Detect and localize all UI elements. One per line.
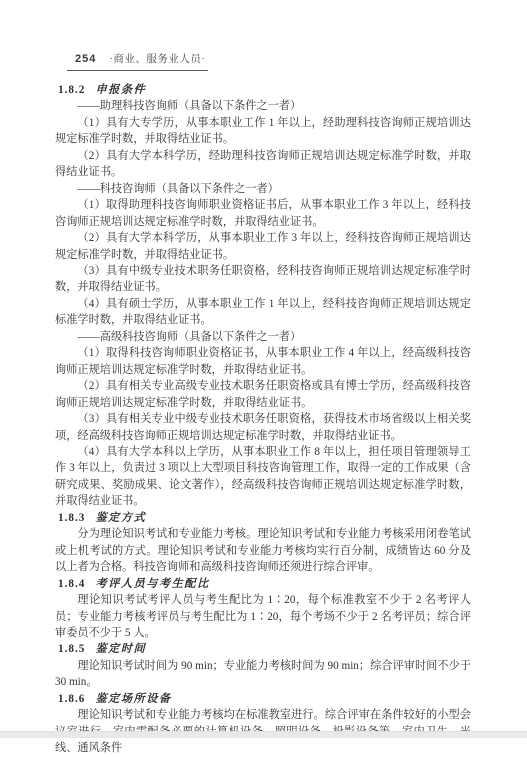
section-heading: 1.8.6鉴定场所设备 [55, 691, 471, 707]
page-number: 254 [75, 53, 96, 65]
section-number: 1.8.4 [58, 578, 85, 590]
section-title: 申报条件 [95, 84, 146, 96]
page-header: 254 ·商业、服务业人员· [67, 51, 208, 71]
section-number: 1.8.6 [58, 693, 85, 705]
document-page: 254 ·商业、服务业人员· 1.8.2申报条件 ——助理科技咨询师（具备以下条… [0, 0, 527, 738]
paragraph: （2）具有大学本科学历，从事本职业工作 3 年以上，经科技咨询师正规培训达规定标… [55, 230, 471, 263]
section-number: 1.8.2 [58, 84, 85, 96]
window-bottom-edge [0, 731, 527, 738]
document-body: 1.8.2申报条件 ——助理科技咨询师（具备以下条件之一者） （1）具有大专学历… [55, 82, 471, 738]
paragraph: （4）具有大学本科以上学历，从事本职业工作 8 年以上，担任项目管理领导工作 3… [55, 444, 471, 510]
paragraph: （3）具有中级专业技术职务任职资格，经科技咨询师正规培训达规定标准学时数，并取得… [55, 263, 471, 296]
section-title: 鉴定时间 [95, 643, 146, 655]
paragraph: （1）具有大专学历，从事本职业工作 1 年以上，经助理科技咨询师正规培训达规定标… [55, 115, 471, 148]
list-intro-line: ——科技咨询师（具备以下条件之一者） [55, 181, 471, 197]
section-title: 鉴定场所设备 [95, 693, 171, 705]
paragraph: （2）具有大学本科学历，经助理科技咨询师正规培训达规定标准学时数，并取得结业证书… [55, 148, 471, 181]
paragraph: 分为理论知识考试和专业能力考核。理论知识考试和专业能力考核采用闭卷笔试或上机考试… [55, 526, 471, 575]
paragraph: （3）具有相关专业中级专业技术职务任职资格，获得技术市场省级以上相关奖项，经高级… [55, 411, 471, 444]
paragraph: （1）取得科技咨询师职业资格证书，从事本职业工作 4 年以上，经高级科技咨询师正… [55, 345, 471, 378]
section-title: 鉴定方式 [95, 512, 146, 524]
paragraph: （2）具有相关专业高级专业技术职务任职资格或具有博士学历，经高级科技咨询师正规培… [55, 378, 471, 411]
section-heading: 1.8.2申报条件 [55, 82, 471, 98]
paragraph: （4）具有硕士学历，从事本职业工作 1 年以上，经科技咨询师正规培训达规定标准学… [55, 296, 471, 329]
list-intro-line: ——助理科技咨询师（具备以下条件之一者） [55, 98, 471, 114]
section-heading: 1.8.5鉴定时间 [55, 641, 471, 657]
section-title: 考评人员与考生配比 [95, 578, 209, 590]
section-number: 1.8.5 [58, 643, 85, 655]
paragraph: 理论知识考试时间为 90 min；专业能力考核时间为 90 min；综合评审时间… [55, 658, 471, 691]
list-intro-line: ——高级科技咨询师（具备以下条件之一者） [55, 329, 471, 345]
section-number: 1.8.3 [58, 512, 85, 524]
section-heading: 1.8.4考评人员与考生配比 [55, 576, 471, 592]
section-heading: 1.8.3鉴定方式 [55, 510, 471, 526]
header-title: ·商业、服务业人员· [109, 51, 205, 66]
paragraph: 理论知识考试考评人员与考生配比为 1∶20，每个标准教室不少于 2 名考评人员；… [55, 592, 471, 641]
paragraph: （1）取得助理科技咨询师职业资格证书后，从事本职业工作 3 年以上，经科技咨询师… [55, 197, 471, 230]
